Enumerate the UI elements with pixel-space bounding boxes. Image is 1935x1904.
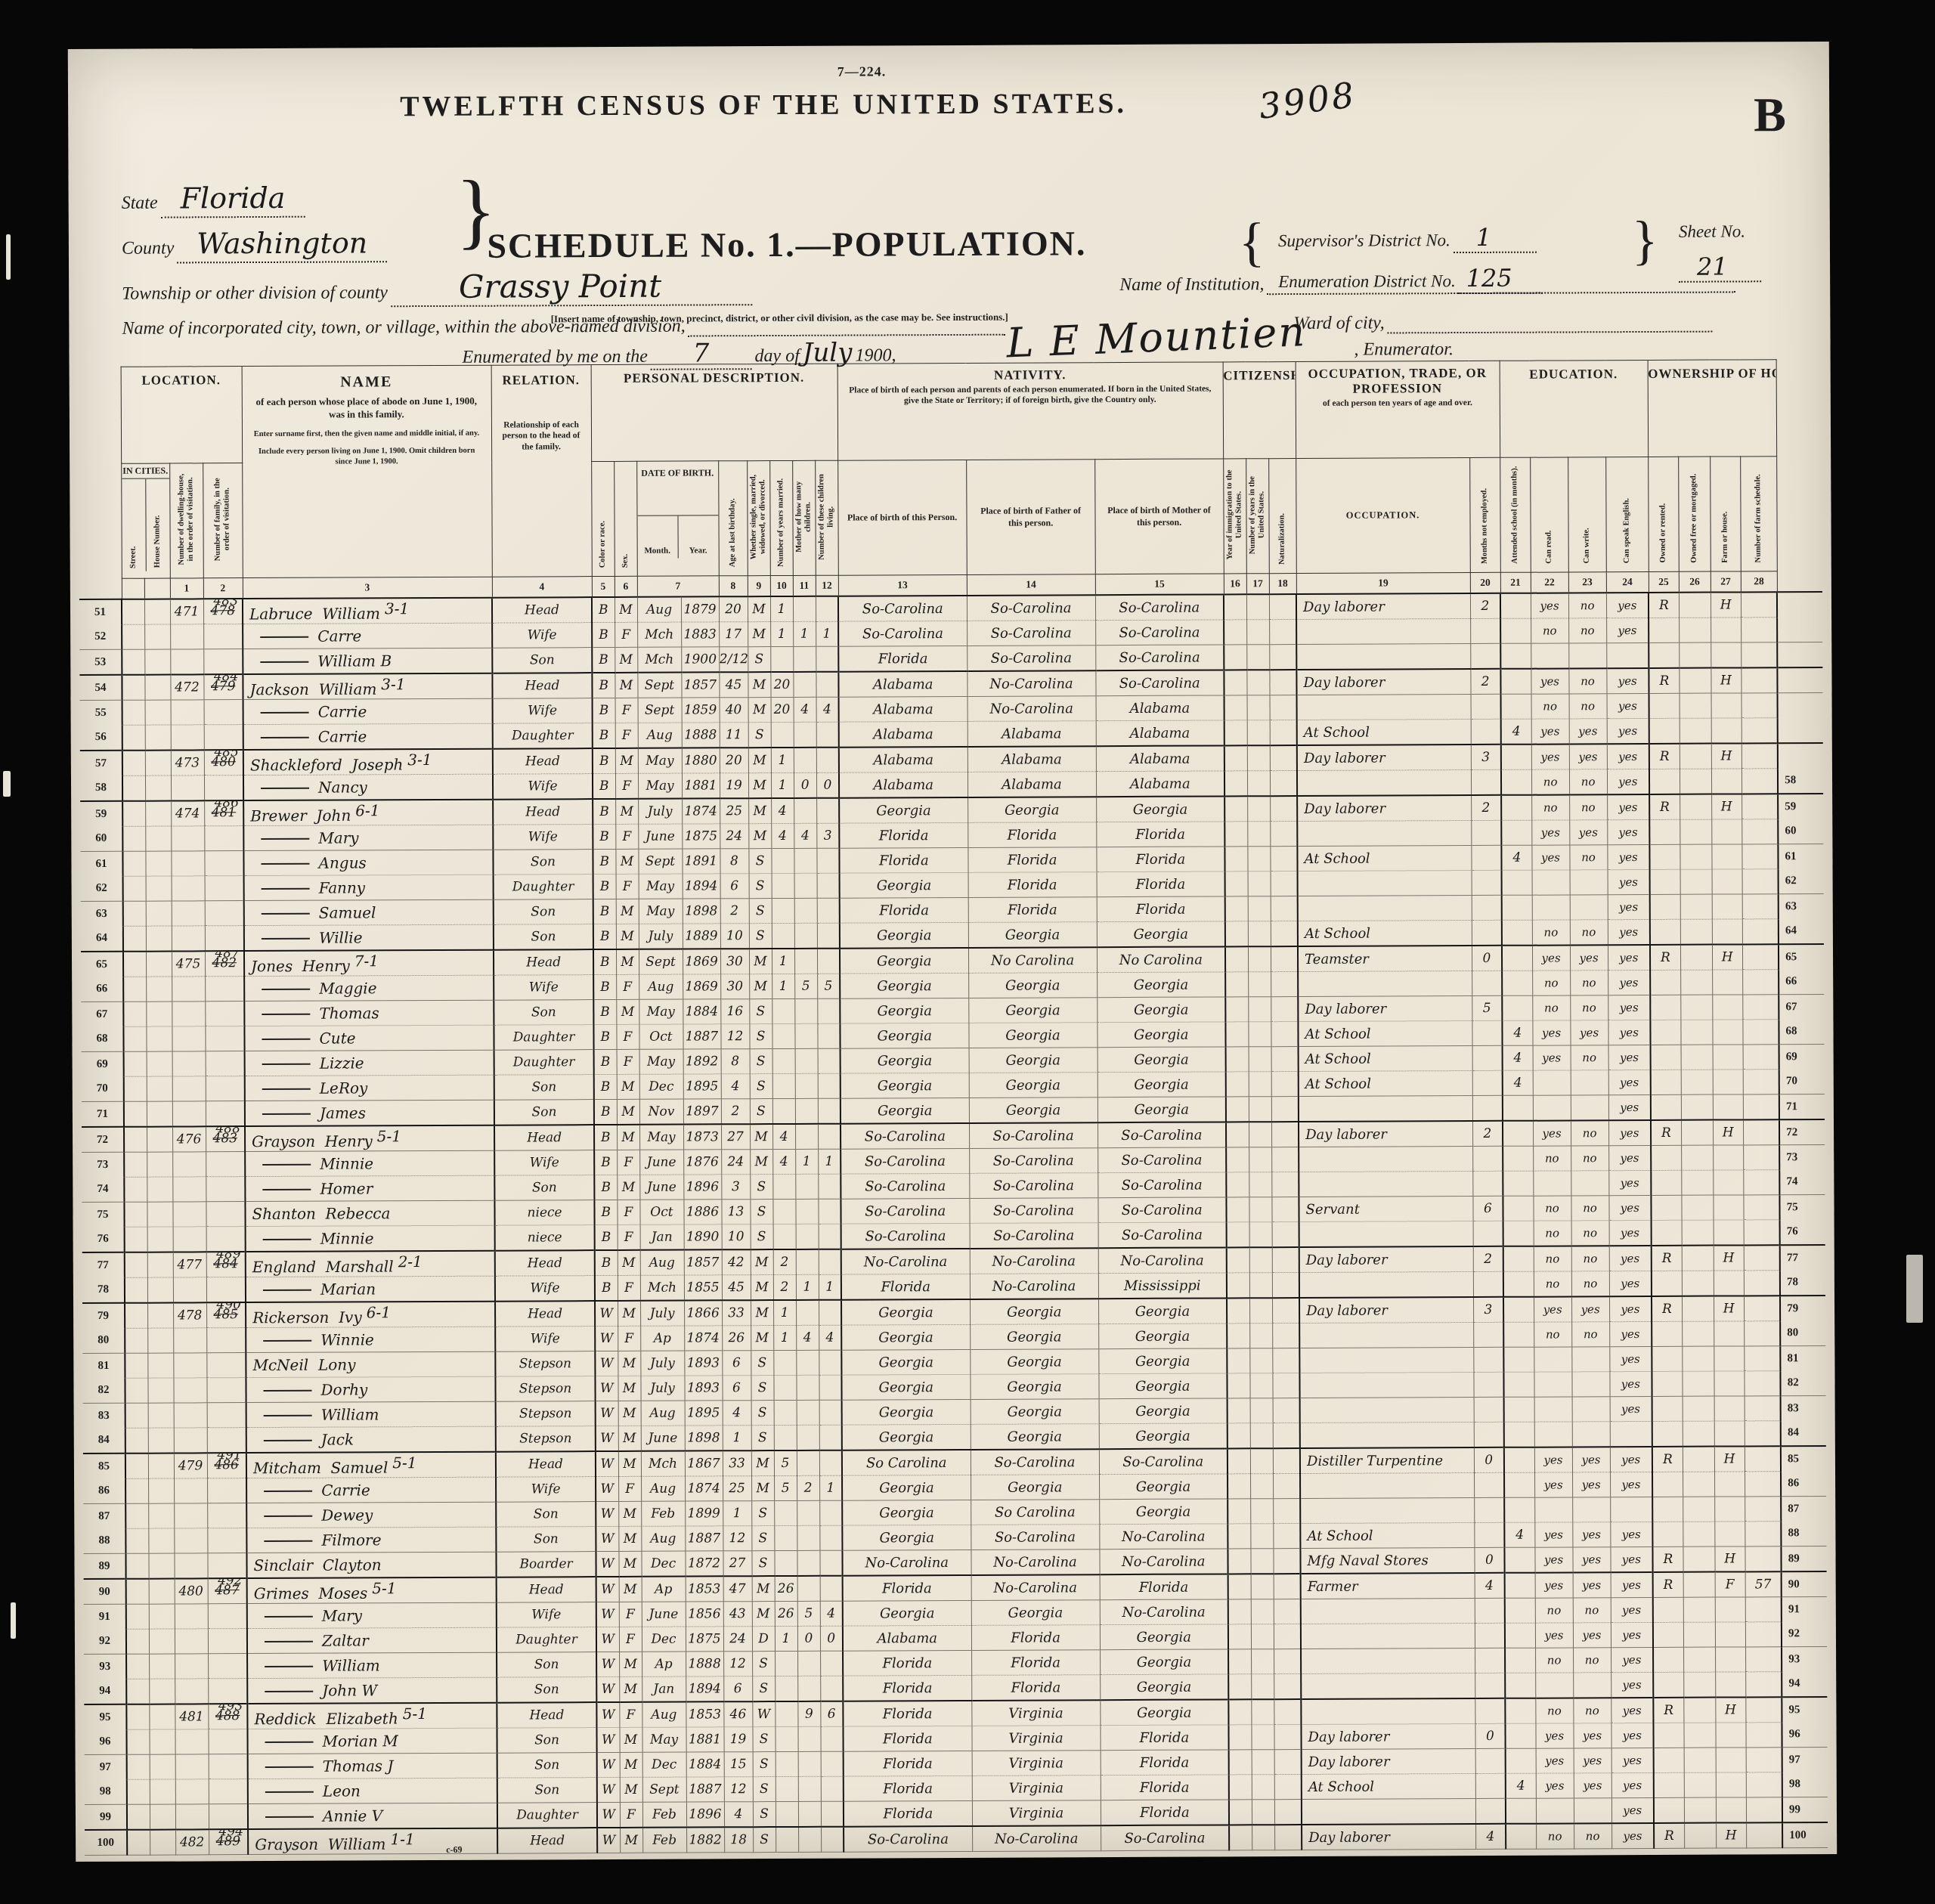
years-in-us-cell bbox=[1249, 1097, 1271, 1122]
naturalization-cell bbox=[1270, 847, 1297, 872]
line-number: 61 bbox=[80, 851, 122, 876]
birth-month-cell: May bbox=[639, 899, 683, 924]
age-cell: 24 bbox=[723, 1627, 752, 1652]
line-number: 56 bbox=[80, 725, 122, 751]
birthplace-cell: So Carolina bbox=[842, 1450, 971, 1475]
birth-month-cell: Nov bbox=[639, 1099, 683, 1125]
house-number-cell bbox=[146, 876, 172, 901]
occupation-cell bbox=[1300, 1397, 1474, 1423]
months-not-employed-cell bbox=[1475, 1623, 1505, 1648]
right-line-number bbox=[1777, 642, 1822, 667]
mother-of-children-cell bbox=[797, 1400, 819, 1425]
dwelling-number-cell: 472 bbox=[170, 674, 203, 700]
right-line-number: 96 bbox=[1782, 1722, 1828, 1747]
naturalization-cell bbox=[1273, 1423, 1300, 1448]
street-cell bbox=[125, 1553, 148, 1579]
years-married-cell: 1 bbox=[771, 748, 794, 773]
film-scratch bbox=[3, 771, 11, 797]
occupation-cell bbox=[1301, 1648, 1475, 1673]
sex-cell: F bbox=[615, 622, 637, 647]
owned-rented-cell bbox=[1649, 718, 1680, 744]
mother-of-children-cell bbox=[796, 1350, 819, 1375]
birth-month-cell: Aug bbox=[642, 1702, 686, 1728]
township-value: Grassy Point bbox=[391, 267, 752, 307]
pob-mother-label: Place of birth of Mother of this person. bbox=[1094, 459, 1224, 574]
colnum: 1 bbox=[170, 578, 203, 599]
family-number-cell bbox=[207, 1528, 246, 1553]
dwelling-number-cell bbox=[172, 1051, 206, 1076]
birthplace-cell: So-Carolina bbox=[841, 1173, 969, 1199]
family-number-cell: 493488 bbox=[208, 1704, 247, 1729]
mother-children-col-label: Mother of how many children. bbox=[792, 460, 816, 575]
owned-rented-cell: R bbox=[1649, 744, 1680, 769]
mother-of-children-cell bbox=[798, 1776, 821, 1801]
months-not-employed-cell: 0 bbox=[1474, 1547, 1504, 1573]
free-mortgaged-cell bbox=[1681, 1145, 1713, 1170]
colnum: 8 bbox=[719, 576, 748, 597]
street-cell bbox=[126, 1704, 149, 1730]
name-cell: Cute bbox=[244, 1025, 494, 1051]
age-cell: 33 bbox=[723, 1450, 751, 1476]
right-line-number: 93 bbox=[1782, 1646, 1827, 1671]
census-scan: { "meta": { "form_no": "7—224.", "title"… bbox=[0, 0, 1935, 1904]
owned-rented-cell bbox=[1650, 970, 1680, 995]
years-married-cell bbox=[772, 898, 794, 923]
attended-school-cell bbox=[1503, 1271, 1534, 1297]
mother-birthplace-cell: Florida bbox=[1100, 1574, 1228, 1599]
name-cell: Mary bbox=[247, 1602, 497, 1628]
months-not-employed-cell bbox=[1470, 643, 1500, 669]
name-cell: Thomas J bbox=[248, 1753, 497, 1779]
mother-birthplace-cell: Georgia bbox=[1098, 1324, 1227, 1349]
naturalization-cell bbox=[1270, 745, 1297, 771]
color-cell: W bbox=[596, 1602, 619, 1627]
occupation-cell: At School bbox=[1299, 1046, 1472, 1072]
attended-school-cell bbox=[1502, 946, 1532, 971]
naturalization-cell bbox=[1270, 822, 1297, 847]
speak-english-cell: yes bbox=[1607, 769, 1649, 794]
marital-status-cell: M bbox=[752, 1602, 775, 1627]
can-read-cell: no bbox=[1531, 618, 1568, 643]
years-in-us-cell bbox=[1250, 1423, 1273, 1449]
line-number: 67 bbox=[81, 1002, 123, 1026]
farm-schedule-cell bbox=[1743, 1170, 1779, 1195]
speak-english-cell: yes bbox=[1611, 1698, 1653, 1723]
birthplace-cell: Georgia bbox=[841, 1073, 969, 1098]
name-cell: Minnie bbox=[246, 1225, 495, 1252]
immigration-year-cell bbox=[1227, 1348, 1249, 1373]
dwelling-number-cell bbox=[172, 977, 205, 1002]
immigration-year-cell bbox=[1226, 1147, 1249, 1172]
immigration-year-cell bbox=[1226, 1072, 1249, 1097]
sex-cell: M bbox=[616, 949, 639, 975]
name-cell: James bbox=[245, 1100, 494, 1126]
farm-house-cell bbox=[1713, 1170, 1743, 1195]
birth-month-cell: Feb bbox=[642, 1802, 686, 1828]
birth-year-cell: 1866 bbox=[684, 1300, 722, 1326]
years-in-us-cell bbox=[1247, 847, 1270, 872]
birth-month-cell: Aug bbox=[638, 723, 682, 748]
color-cell: W bbox=[595, 1326, 618, 1351]
speak-english-cell: yes bbox=[1610, 1472, 1652, 1497]
birthplace-cell: Georgia bbox=[842, 1525, 971, 1550]
county-field: County Washington bbox=[122, 226, 387, 261]
line-number: 63 bbox=[81, 901, 123, 926]
free-mortgaged-cell bbox=[1680, 819, 1711, 844]
farm-schedule-cell bbox=[1745, 1622, 1782, 1647]
ward-field: Ward of city, bbox=[1293, 308, 1712, 334]
street-cell bbox=[126, 1579, 149, 1605]
colnum: 6 bbox=[615, 576, 637, 597]
months-not-employed-cell bbox=[1475, 1673, 1505, 1698]
naturalization-cell bbox=[1273, 1498, 1300, 1523]
name-cell: Carrie bbox=[243, 723, 493, 750]
age-cell: 11 bbox=[720, 723, 748, 748]
line-number: 100 bbox=[85, 1830, 127, 1856]
birth-year-cell: 1898 bbox=[683, 899, 720, 924]
occupation-cell bbox=[1296, 644, 1470, 670]
page-letter: B bbox=[1754, 87, 1786, 143]
immigration-year-cell bbox=[1226, 1172, 1249, 1197]
color-cell: B bbox=[593, 999, 616, 1024]
form-print-code: c-69 bbox=[446, 1844, 462, 1856]
naturalization-cell bbox=[1274, 1749, 1302, 1774]
free-mortgaged-cell bbox=[1684, 1772, 1716, 1797]
naturalization-cell bbox=[1270, 771, 1297, 797]
attended-school-cell bbox=[1503, 1171, 1533, 1196]
speak-english-cell: yes bbox=[1609, 1296, 1652, 1322]
birth-year-cell: 1893 bbox=[684, 1351, 722, 1376]
can-write-cell bbox=[1570, 895, 1608, 920]
house-number-cell bbox=[147, 1328, 173, 1353]
dwelling-number-cell bbox=[171, 700, 204, 725]
owned-rented-cell: R bbox=[1649, 593, 1679, 618]
birthplace-cell: Georgia bbox=[841, 1048, 969, 1073]
naturalization-cell bbox=[1271, 1197, 1299, 1222]
can-write-cell: yes bbox=[1572, 1472, 1610, 1497]
farm-house-cell bbox=[1714, 1522, 1745, 1546]
street-cell bbox=[127, 1830, 150, 1856]
birthplace-cell: Georgia bbox=[840, 922, 968, 948]
dwelling-number-cell: 477 bbox=[173, 1252, 206, 1277]
birth-year-cell: 1884 bbox=[686, 1752, 724, 1777]
immigration-col-label: Year of immigration to the United States… bbox=[1223, 459, 1246, 574]
farm-schedule-cell bbox=[1743, 1195, 1779, 1220]
years-in-us-cell bbox=[1249, 1172, 1271, 1197]
farm-schedule-cell bbox=[1744, 1245, 1780, 1271]
house-number-cell bbox=[147, 1202, 172, 1227]
family-number-cell: 485480 bbox=[204, 750, 243, 776]
months-not-employed-cell bbox=[1472, 1146, 1503, 1171]
speak-english-cell: yes bbox=[1607, 819, 1649, 844]
free-mortgaged-cell bbox=[1683, 1572, 1715, 1598]
owned-rented-cell bbox=[1650, 869, 1680, 894]
birth-year-cell: 1880 bbox=[682, 748, 720, 773]
children-living-cell: 4 bbox=[819, 1325, 841, 1350]
dwelling-number-cell: 478 bbox=[173, 1302, 206, 1328]
street-cell bbox=[125, 1378, 147, 1403]
mother-birthplace-cell: Florida bbox=[1096, 822, 1224, 847]
father-birthplace-cell: So-Carolina bbox=[969, 1173, 1098, 1199]
name-cell: Annie V bbox=[248, 1803, 497, 1829]
owned-rented-cell bbox=[1652, 1371, 1683, 1396]
months-not-employed-cell bbox=[1473, 1372, 1503, 1397]
mother-of-children-cell bbox=[798, 1827, 821, 1853]
occupation-cell: Day laborer bbox=[1299, 1246, 1473, 1273]
can-write-cell bbox=[1572, 1397, 1610, 1422]
line-number: 99 bbox=[85, 1804, 127, 1830]
years-married-cell: 4 bbox=[771, 798, 794, 824]
birth-year-cell: 1874 bbox=[682, 798, 720, 824]
speak-english-cell: yes bbox=[1608, 1070, 1651, 1094]
immigration-year-cell bbox=[1227, 1273, 1249, 1299]
free-mortgaged-cell bbox=[1684, 1723, 1716, 1748]
speak-english-cell: yes bbox=[1609, 1271, 1652, 1296]
right-line-number: 88 bbox=[1781, 1521, 1826, 1546]
birth-month-cell: June bbox=[639, 1150, 683, 1175]
age-cell: 3 bbox=[721, 1175, 750, 1200]
years-in-us-cell bbox=[1250, 1398, 1273, 1423]
months-not-employed-cell: 2 bbox=[1470, 669, 1500, 695]
farm-schedule-cell bbox=[1743, 1070, 1779, 1094]
can-write-cell: yes bbox=[1574, 1723, 1611, 1748]
years-married-cell bbox=[775, 1726, 797, 1751]
years-in-us-cell bbox=[1246, 645, 1269, 670]
family-number-cell bbox=[207, 1428, 246, 1454]
right-line-number: 62 bbox=[1779, 868, 1824, 893]
children-living-cell bbox=[819, 1350, 841, 1375]
free-mortgaged-cell bbox=[1680, 919, 1712, 945]
farm-schedule-cell bbox=[1743, 1145, 1779, 1170]
line-number: 66 bbox=[81, 977, 123, 1002]
sex-cell: M bbox=[618, 1551, 641, 1577]
sex-cell: M bbox=[615, 597, 637, 623]
months-not-employed-cell bbox=[1473, 1221, 1503, 1246]
dwelling-number-cell bbox=[173, 1353, 206, 1378]
house-number-cell bbox=[146, 1002, 172, 1026]
line-number: 93 bbox=[84, 1654, 126, 1679]
speak-english-cell: yes bbox=[1606, 593, 1649, 618]
mother-of-children-cell bbox=[794, 923, 817, 949]
sex-cell: F bbox=[615, 723, 638, 748]
line-number: 92 bbox=[84, 1629, 126, 1654]
speak-english-cell: yes bbox=[1608, 945, 1650, 971]
marital-status-cell: S bbox=[753, 1752, 776, 1777]
immigration-year-cell bbox=[1229, 1750, 1252, 1775]
relation-cell: Daughter bbox=[497, 1803, 597, 1828]
birthplace-cell: So-Carolina bbox=[844, 1826, 972, 1852]
birth-year-cell: 1889 bbox=[683, 924, 720, 949]
birthplace-cell: Georgia bbox=[841, 1098, 969, 1123]
free-mortgaged-cell bbox=[1683, 1421, 1714, 1447]
years-in-us-cell bbox=[1248, 997, 1271, 1022]
can-write-cell: no bbox=[1569, 845, 1607, 870]
relation-cell: Head bbox=[493, 748, 593, 774]
farm-house-cell bbox=[1712, 1020, 1742, 1045]
mother-of-children-cell bbox=[796, 1224, 819, 1249]
can-write-cell: yes bbox=[1572, 1522, 1610, 1547]
occupation-cell: Day laborer bbox=[1298, 996, 1472, 1022]
owned-rented-cell bbox=[1651, 1170, 1681, 1195]
free-mortgaged-cell bbox=[1680, 970, 1712, 995]
color-cell: B bbox=[593, 1024, 616, 1049]
immigration-year-cell bbox=[1224, 720, 1247, 746]
mother-birthplace-cell: Alabama bbox=[1096, 771, 1224, 797]
farm-house-cell: H bbox=[1714, 1245, 1744, 1271]
father-birthplace-cell: So-Carolina bbox=[971, 1449, 1099, 1475]
occupation-cell bbox=[1298, 971, 1472, 997]
children-living-cell bbox=[821, 1801, 844, 1827]
house-number-cell bbox=[145, 801, 171, 827]
father-birthplace-cell: Georgia bbox=[971, 1399, 1099, 1425]
years-in-us-cell bbox=[1248, 872, 1271, 896]
attended-school-cell bbox=[1505, 1648, 1535, 1673]
sex-cell: M bbox=[615, 647, 637, 673]
can-write-cell: no bbox=[1571, 1196, 1608, 1221]
years-married-cell: 2 bbox=[773, 1274, 796, 1300]
family-number-cell: 488483 bbox=[206, 1126, 245, 1152]
color-cell: B bbox=[593, 874, 616, 899]
speak-english-cell: yes bbox=[1609, 1371, 1652, 1396]
farm-house-cell: H bbox=[1711, 592, 1741, 618]
right-line-number: 98 bbox=[1782, 1772, 1828, 1797]
birth-year-cell: 1853 bbox=[686, 1576, 723, 1602]
years-married-cell: 1 bbox=[771, 772, 794, 798]
naturalization-cell bbox=[1274, 1699, 1301, 1725]
mother-birthplace-cell: No-Carolina bbox=[1098, 1247, 1227, 1273]
colnum: 11 bbox=[793, 575, 816, 596]
attended-school-cell bbox=[1503, 1246, 1534, 1272]
street-cell bbox=[124, 1051, 147, 1076]
months-not-employed-cell: 4 bbox=[1475, 1824, 1506, 1850]
marital-status-cell: S bbox=[752, 1727, 775, 1752]
attended-school-cell bbox=[1503, 1322, 1534, 1347]
months-not-employed-cell bbox=[1472, 895, 1502, 920]
birth-year-cell: 1896 bbox=[686, 1802, 724, 1828]
house-number-cell bbox=[145, 776, 171, 801]
house-number-cell bbox=[149, 1704, 175, 1729]
line-number: 86 bbox=[83, 1478, 125, 1503]
house-number-cell bbox=[145, 725, 171, 751]
speak-english-cell: yes bbox=[1611, 1823, 1654, 1849]
can-read-cell: yes bbox=[1532, 945, 1570, 971]
occupation-cell bbox=[1302, 1798, 1475, 1825]
color-cell: B bbox=[594, 1074, 617, 1099]
color-cell: B bbox=[592, 597, 615, 623]
farm-schedule-cell bbox=[1745, 1421, 1781, 1447]
sex-cell: M bbox=[616, 899, 639, 924]
mother-birthplace-cell: No-Carolina bbox=[1099, 1549, 1228, 1574]
sex-cell: F bbox=[619, 1602, 642, 1627]
house-number-cell bbox=[148, 1428, 174, 1454]
relation-cell: Head bbox=[497, 1828, 597, 1853]
can-write-cell: yes bbox=[1569, 719, 1607, 745]
name-cell: Reddick Elizabeth5-1 bbox=[247, 1703, 497, 1729]
mother-birthplace-cell: Florida bbox=[1096, 847, 1224, 872]
birth-year-cell: 1895 bbox=[685, 1401, 723, 1426]
relation-header: RELATION. Relationship of each person to… bbox=[491, 365, 592, 577]
owned-rented-cell bbox=[1653, 1647, 1683, 1672]
house-number-cell bbox=[147, 1076, 172, 1101]
free-mortgaged-cell bbox=[1680, 945, 1712, 971]
age-cell: 46 bbox=[723, 1701, 752, 1727]
occupation-cell: At School bbox=[1297, 720, 1471, 746]
farm-house-cell bbox=[1713, 1045, 1743, 1070]
family-number-cell bbox=[208, 1729, 247, 1754]
city-field: Name of incorporated city, town, or vill… bbox=[122, 311, 1005, 339]
farm-schedule-cell bbox=[1741, 794, 1778, 819]
colnum: 2 bbox=[203, 578, 243, 599]
naturalization-cell bbox=[1274, 1724, 1302, 1749]
birth-year-cell: 1897 bbox=[683, 1099, 721, 1125]
house-number-cell bbox=[150, 1754, 175, 1779]
farm-house-cell bbox=[1711, 819, 1741, 844]
line-number: 74 bbox=[82, 1177, 124, 1202]
farm-house-cell bbox=[1712, 995, 1742, 1020]
birth-month-cell: Feb bbox=[641, 1501, 685, 1526]
sex-cell: M bbox=[618, 1301, 640, 1327]
can-read-cell bbox=[1533, 1171, 1571, 1196]
house-number-cell bbox=[150, 1779, 175, 1804]
family-number-cell bbox=[206, 1378, 246, 1403]
can-read-cell: yes bbox=[1535, 1547, 1573, 1573]
line-number: 81 bbox=[82, 1353, 125, 1378]
immigration-year-cell bbox=[1228, 1499, 1250, 1524]
name-cell: Zaltar bbox=[247, 1627, 497, 1653]
colnum-blank bbox=[144, 578, 170, 599]
colnum: 4 bbox=[492, 577, 592, 598]
enum-month: July bbox=[803, 338, 853, 368]
relation-cell: Son bbox=[494, 1075, 594, 1101]
house-number-cell bbox=[148, 1553, 174, 1579]
family-number-cell bbox=[204, 700, 243, 725]
name-cell: Fanny bbox=[244, 875, 494, 900]
months-not-employed-cell bbox=[1472, 1045, 1503, 1070]
sex-cell: F bbox=[620, 1802, 642, 1828]
sex-cell: M bbox=[620, 1777, 642, 1802]
owned-rented-cell bbox=[1649, 769, 1680, 794]
free-mortgaged-cell bbox=[1680, 718, 1711, 744]
colnum: 18 bbox=[1269, 574, 1296, 595]
free-mortgaged-cell bbox=[1680, 894, 1712, 919]
color-cell: B bbox=[593, 924, 616, 949]
father-birthplace-cell: Florida bbox=[967, 847, 1096, 873]
line-number: 52 bbox=[79, 624, 122, 649]
line-number: 53 bbox=[79, 649, 122, 675]
line-number: 75 bbox=[82, 1202, 124, 1227]
months-not-employed-cell: 2 bbox=[1470, 593, 1500, 619]
birth-month-cell: June bbox=[639, 1175, 683, 1200]
mother-birthplace-cell: So-Carolina bbox=[1098, 1222, 1227, 1248]
family-number-cell bbox=[205, 1002, 244, 1026]
sex-cell: F bbox=[618, 1224, 640, 1250]
color-cell: B bbox=[593, 723, 615, 748]
months-not-employed-cell bbox=[1471, 694, 1501, 719]
dwelling-number-cell bbox=[174, 1428, 207, 1454]
father-birthplace-cell: So-Carolina bbox=[970, 1223, 1098, 1249]
street-cell bbox=[125, 1503, 148, 1528]
mother-birthplace-cell: No-Carolina bbox=[1100, 1599, 1228, 1625]
naturalization-cell bbox=[1271, 896, 1298, 921]
farm-house-cell bbox=[1714, 1371, 1745, 1396]
street-cell bbox=[125, 1428, 148, 1454]
naturalization-cell bbox=[1273, 1448, 1300, 1474]
attended-school-cell: 4 bbox=[1503, 1045, 1533, 1070]
name-cell: Homer bbox=[245, 1175, 494, 1201]
sex-cell: M bbox=[618, 1250, 640, 1276]
farm-house-cell: H bbox=[1715, 1697, 1745, 1723]
house-number-cell bbox=[149, 1604, 175, 1629]
